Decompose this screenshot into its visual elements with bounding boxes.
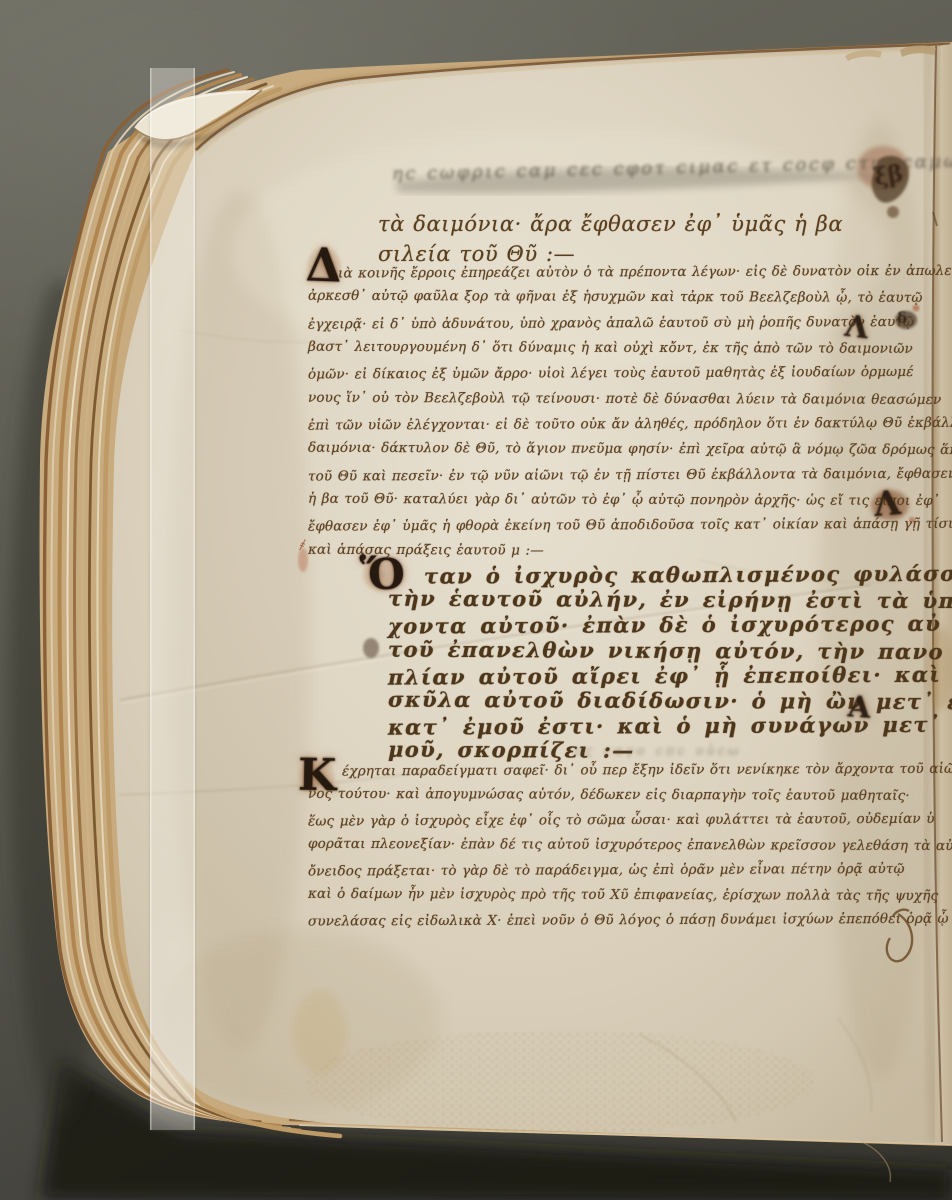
gospel-lemma-block: ταν ὁ ἰσχυρὸς καθωπλισμένος φυλάσσῃ τὴν … [388,562,952,764]
text-line: ἡ βα τοῦ Θῦ· καταλύει γὰρ δι᾽ αὐτῶν τὸ ἐ… [308,491,952,519]
gospel-heading: τὰ δαιμόνια· ἄρα ἔφθασεν ἐφ᾽ ὑμᾶς ἡ βα σ… [378,209,843,269]
text-line: έχρηται παραδείγματι σαφεῖ· δι᾽ οὗ περ ἔ… [342,761,952,789]
text-line: καὶ ὁ δαίμων ἦν μὲν ἰσχυρὸς πρὸ τῆς τοῦ … [308,886,952,913]
text-line: φορᾶται πλεονεξίαν· ἐπὰν δέ τις αὐτοῦ ἰσ… [308,836,952,863]
commentary-block-bottom: έχρηται παραδείγματι σαφεῖ· δι᾽ οὗ περ ἔ… [308,762,952,937]
lemma-line: τὴν ἑαυτοῦ αὐλήν, ἐν εἰρήνῃ ἐστὶ τὰ ὑπάρ [388,586,952,614]
margin-side-mark: δ [897,309,907,327]
text-line: ιὰ κοινῆς ἔρροις ἐπηρεάζει αὐτὸν ὁ τὰ πρ… [338,263,952,291]
offset-ink-letter: Λ [872,483,902,525]
lemma-line: πλίαν αὐτοῦ αἴρει ἐφ᾽ ᾗ ἐπεποίθει· καὶ τ… [388,661,952,689]
text-line: ὄνειδος πράξεται· τὸ γὰρ δὲ τὸ παράδειγμ… [308,860,952,888]
manuscript-photo: ηϲ ϲωφριϲ ϲαμ ϲεϲ ϲφοτ ϲιμαϲ ετ ϲοϲφ ϲτι… [0,0,952,1200]
text-line: συνελάσας εἰς εἰδωλικὰ Χ· ἐπεὶ νοῦν ὁ Θῦ… [308,910,952,938]
text-line: ὁμῶν· εἰ δίκαιος ἐξ ὑμῶν ἄρρο· υἱοὶ λέγε… [308,364,952,392]
text-line: δαιμόνια· δάκτυλον δὲ Θῦ, τὸ ἅγιον πνεῦμ… [308,440,952,468]
rubric-mark: ҂ [300,536,304,555]
conservation-tape-strip [150,68,195,1130]
heading-line: τὰ δαιμόνια· ἄρα ἔφθασεν ἐφ᾽ ὑμᾶς ἡ βα [378,209,843,239]
bleedthrough-text: ϲς ϲαγο ϲπϲ οὐϲω [575,744,741,759]
text-line: νους ἵν᾽ οὐ τὸν Βεελζεβοὺλ τῷ τείνουσι· … [308,389,952,417]
quire-mark: ξβ [872,160,905,191]
lemma-line: χοντα αὐτοῦ· ἐπὰν δὲ ὁ ἰσχυρότερος αὐ [388,611,952,639]
text-line: τοῦ Θῦ καὶ πεσεῖν· ἐν τῷ νῦν αἰῶνι τῷ ἐν… [308,465,952,493]
text-line: νος τούτου· καὶ ἀπογυμνώσας αὐτόν, δέδωκ… [308,786,952,813]
lemma-line: τοῦ ἐπανελθὼν νικήσῃ αὐτόν, τὴν πανο [388,636,952,664]
offset-ink-letter: Λ [843,309,871,347]
offset-ink-letter: Α [847,689,872,724]
text-line: ἕως μὲν γὰρ ὁ ἰσχυρὸς εἶχε ἐφ᾽ οἷς τὸ σῶ… [308,810,952,838]
text-line: ἔφθασεν ἐφ᾽ ὑμᾶς ἡ φθορὰ ἐκείνη τοῦ Θῦ ἀ… [308,516,952,544]
text-line: ἐπὶ τῶν υἱῶν ἐλέγχονται· εἰ δὲ τοῦτο οὐκ… [308,414,952,442]
lemma-line: ταν ὁ ἰσχυρὸς καθωπλισμένος φυλάσσῃ [424,560,952,588]
follicle-speckles [305,1030,815,1134]
